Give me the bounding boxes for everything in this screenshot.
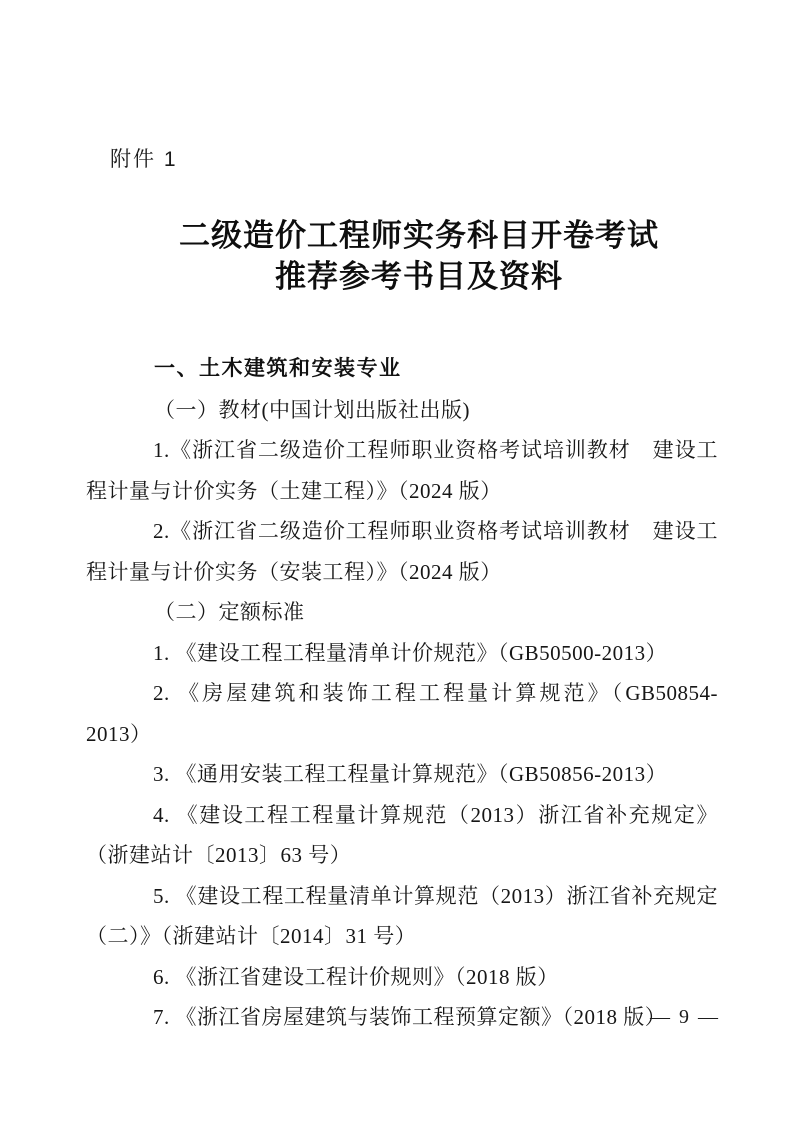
subsection-heading-quota-standards: （二）定额标准 bbox=[86, 592, 718, 633]
section-heading-civil-and-installation: 一、土木建筑和安装专业 bbox=[86, 349, 718, 390]
subsection-heading-textbooks: （一）教材(中国计划出版社出版) bbox=[86, 390, 718, 431]
title-line-2: 推荐参考书目及资料 bbox=[38, 256, 800, 297]
standard-item-1: 1. 《建设工程工程量清单计价规范》（GB50500-2013） bbox=[86, 633, 718, 674]
document-body: 一、土木建筑和安装专业 （一）教材(中国计划出版社出版) 1.《浙江省二级造价工… bbox=[86, 349, 718, 1038]
standard-item-5: 5. 《建设工程工程量清单计算规范（2013）浙江省补充规定（二）》（浙建站计〔… bbox=[86, 876, 718, 957]
standard-item-7: 7. 《浙江省房屋建筑与装饰工程预算定额》（2018 版） bbox=[86, 997, 718, 1038]
standard-item-2: 2. 《房屋建筑和装饰工程工程量计算规范》（GB50854-2013） bbox=[86, 673, 718, 754]
page-number: — 9 — bbox=[650, 1006, 720, 1029]
textbook-item-1: 1.《浙江省二级造价工程师职业资格考试培训教材 建设工程计量与计价实务（土建工程… bbox=[86, 430, 718, 511]
document-page: 附件 1 二级造价工程师实务科目开卷考试 推荐参考书目及资料 一、土木建筑和安装… bbox=[0, 0, 800, 1131]
title-line-1: 二级造价工程师实务科目开卷考试 bbox=[38, 215, 800, 256]
standard-item-6: 6. 《浙江省建设工程计价规则》（2018 版） bbox=[86, 957, 718, 998]
standard-item-4: 4. 《建设工程工程量计算规范（2013）浙江省补充规定》（浙建站计〔2013〕… bbox=[86, 795, 718, 876]
textbook-item-2: 2.《浙江省二级造价工程师职业资格考试培训教材 建设工程计量与计价实务（安装工程… bbox=[86, 511, 718, 592]
standard-item-3: 3. 《通用安装工程工程量计算规范》（GB50856-2013） bbox=[86, 754, 718, 795]
attachment-label: 附件 1 bbox=[110, 143, 178, 173]
document-title: 二级造价工程师实务科目开卷考试 推荐参考书目及资料 bbox=[0, 215, 800, 297]
